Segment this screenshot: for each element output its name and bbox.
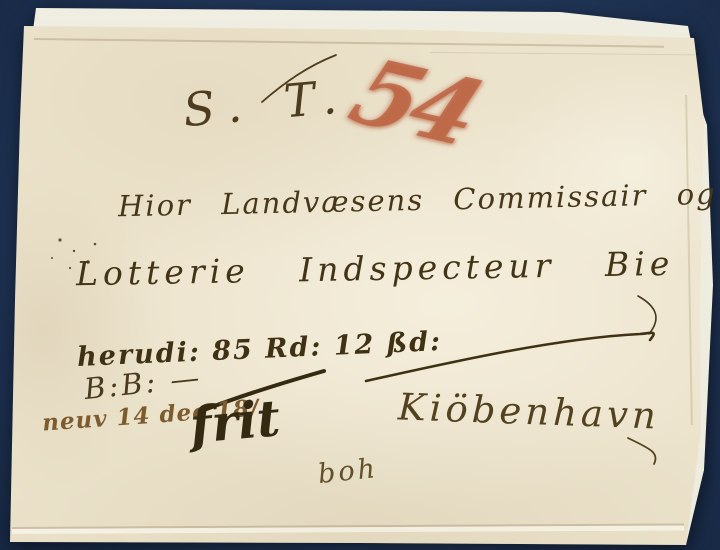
franco-marking: frit [188, 388, 283, 455]
bottom-notation: boh [317, 453, 380, 490]
top-fold-crease-2 [430, 52, 698, 55]
top-fold-crease [34, 38, 664, 47]
destination-city: Kiöbenhavn [397, 385, 660, 437]
right-fold-crease [685, 95, 692, 425]
scan-background: S. T. 54 Hior Landvæsens Commissair og L… [0, 0, 720, 550]
folded-letter: S. T. 54 Hior Landvæsens Commissair og L… [0, 0, 720, 550]
